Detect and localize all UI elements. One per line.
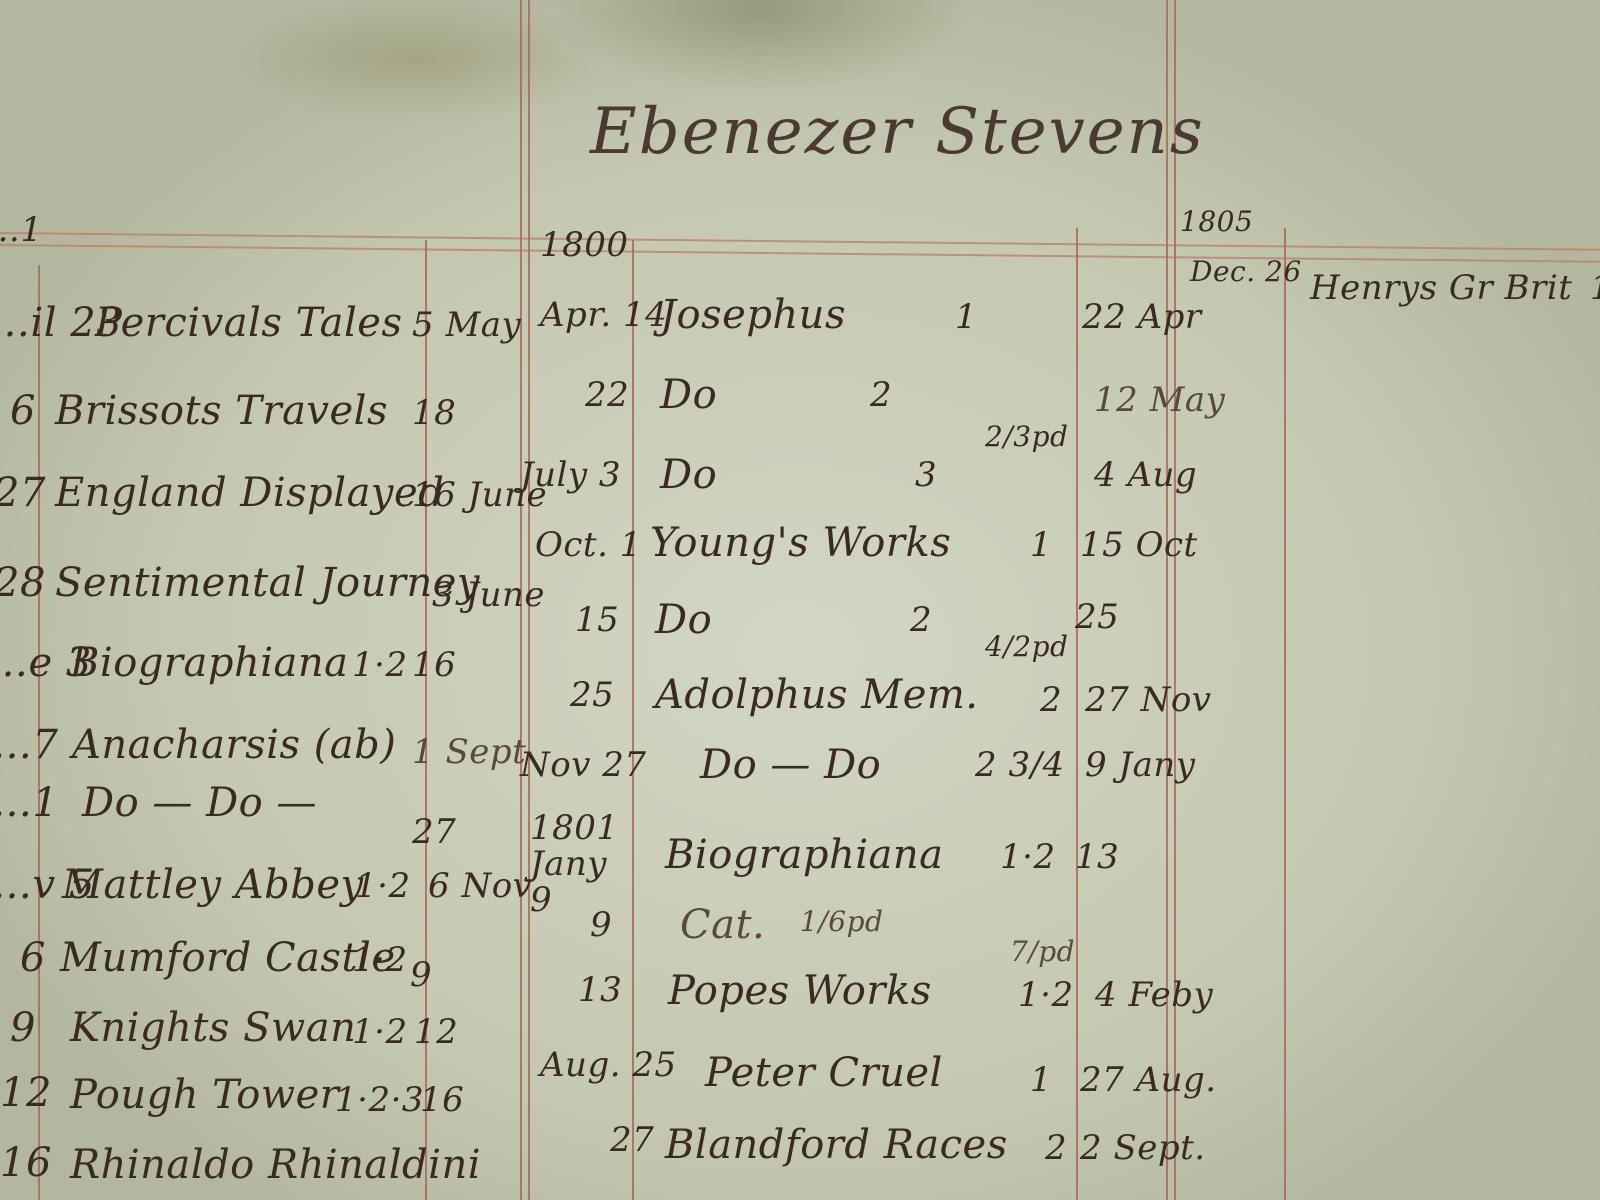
mid-returned: 12 May bbox=[1094, 380, 1225, 420]
mid-date: July 3 bbox=[520, 455, 621, 495]
left-returned: 9 bbox=[410, 955, 432, 995]
mid-note: 1/6pd bbox=[800, 905, 883, 938]
left-year-header: …1 bbox=[0, 210, 43, 250]
left-title: Brissots Travels bbox=[55, 388, 388, 434]
left-volumes: 1·2 bbox=[352, 1012, 408, 1052]
mid-title: Popes Works bbox=[668, 968, 932, 1014]
mid-returned: 27 Nov bbox=[1085, 680, 1212, 720]
mid-date: 13 bbox=[578, 970, 622, 1010]
mid-title: Peter Cruel bbox=[705, 1050, 943, 1096]
left-title: England Displayed bbox=[55, 470, 444, 516]
mid-volumes: 1·2 bbox=[1018, 975, 1074, 1015]
mid-date: 27 bbox=[610, 1120, 654, 1160]
mid-note: 7/pd bbox=[1010, 935, 1075, 968]
mid-title: Blandford Races bbox=[665, 1122, 1008, 1168]
left-title: Sentimental Journey bbox=[55, 560, 480, 606]
left-date: …7 bbox=[0, 722, 58, 768]
left-returned: 12 bbox=[414, 1012, 458, 1052]
mid-date: 1801 Jany 9 bbox=[530, 810, 630, 918]
right-year-header: 1805 bbox=[1180, 205, 1253, 238]
mid-note: 2/3pd bbox=[985, 420, 1068, 453]
left-date: 9 bbox=[10, 1005, 36, 1051]
mid-returned: 9 Jany bbox=[1085, 745, 1195, 785]
left-date: 12 bbox=[0, 1070, 52, 1116]
mid-date: 15 bbox=[575, 600, 619, 640]
mid-title: Do — Do bbox=[700, 742, 881, 788]
mid-returned: 22 Apr bbox=[1082, 297, 1202, 337]
mid-title: Cat. bbox=[680, 902, 765, 948]
left-title: Percivals Tales bbox=[95, 300, 403, 346]
left-returned: 3 June bbox=[432, 575, 545, 615]
right-date: Dec. 26 bbox=[1190, 255, 1302, 288]
left-returned: 18 bbox=[412, 393, 456, 433]
right-title: Henrys Gr Brit bbox=[1310, 268, 1572, 308]
mid-title: Josephus bbox=[660, 292, 846, 338]
right-volumes: 1 bbox=[1590, 268, 1600, 308]
left-title: Knights Swan bbox=[70, 1005, 356, 1051]
mid-date: 22 bbox=[585, 375, 629, 415]
left-title: Anacharsis (ab) bbox=[72, 722, 396, 768]
mid-returned: 2 Sept. bbox=[1080, 1128, 1206, 1168]
left-date: …1 bbox=[0, 780, 58, 826]
left-volumes: 1·2·3 bbox=[335, 1080, 424, 1120]
left-title: Biographiana bbox=[70, 640, 348, 686]
mid-volumes: 2 bbox=[870, 375, 892, 415]
left-returned: 27 bbox=[412, 812, 456, 852]
left-date: 6 bbox=[20, 935, 46, 981]
mid-returned: 13 bbox=[1075, 837, 1119, 877]
left-returned: 16 bbox=[412, 645, 456, 685]
mid-volumes: 1 bbox=[955, 297, 977, 337]
mid-date: Aug. 25 bbox=[540, 1045, 677, 1085]
mid-volumes: 2 3/4 bbox=[975, 745, 1065, 785]
mid-volumes: 3 bbox=[915, 455, 937, 495]
mid-title: Young's Works bbox=[650, 520, 951, 566]
mid-volumes: 2 bbox=[1040, 680, 1062, 720]
rule-right-date bbox=[1284, 228, 1286, 1200]
mid-title: Do bbox=[660, 372, 717, 418]
middle-year-header: 1800 bbox=[540, 225, 629, 265]
left-returned: 1 Sept bbox=[412, 732, 526, 772]
left-title: Rhinaldo Rhinaldini bbox=[70, 1142, 481, 1188]
left-volumes: 1·2 bbox=[355, 866, 411, 906]
left-returned: 5 May bbox=[412, 305, 521, 345]
rule-left-return bbox=[425, 240, 427, 1200]
mid-date: Nov 27 bbox=[520, 745, 647, 785]
left-title: Pough Tower bbox=[70, 1072, 339, 1118]
mid-volumes: 2 bbox=[910, 600, 932, 640]
left-date: 28 bbox=[0, 560, 46, 606]
mid-date: Oct. 1 bbox=[535, 525, 642, 565]
mid-title: Do bbox=[660, 452, 717, 498]
left-title: Mattley Abbey bbox=[62, 862, 364, 908]
borrower-name: Ebenezer Stevens bbox=[590, 95, 1205, 169]
mid-volumes: 2 bbox=[1045, 1128, 1067, 1168]
rule-mid-return bbox=[1076, 228, 1078, 1200]
left-title: Mumford Castle bbox=[60, 935, 396, 981]
mid-volumes: 1 bbox=[1030, 1060, 1052, 1100]
mid-date: 9 bbox=[590, 905, 612, 945]
left-returned: 6 Nov bbox=[428, 866, 532, 906]
mid-returned: 27 Aug. bbox=[1080, 1060, 1217, 1100]
left-date: 27 bbox=[0, 470, 46, 516]
left-volumes: 1·2 bbox=[352, 645, 408, 685]
mid-returned: 15 Oct bbox=[1080, 525, 1198, 565]
ledger-page: Ebenezer Stevens …1 1800 1805 …il 23 Per… bbox=[0, 0, 1600, 1200]
rule-divider-4 bbox=[1174, 0, 1176, 1200]
mid-volumes: 1 bbox=[1030, 525, 1052, 565]
left-returned: 16 bbox=[420, 1080, 464, 1120]
mid-date: 25 bbox=[570, 675, 614, 715]
left-title: Do — Do — bbox=[82, 780, 317, 826]
mid-returned: 25 bbox=[1075, 597, 1119, 637]
left-volumes: 1·2 bbox=[352, 940, 408, 980]
mid-title: Adolphus Mem. bbox=[655, 672, 979, 718]
mid-returned: 4 Aug bbox=[1094, 455, 1197, 495]
mid-note: 4/2pd bbox=[985, 630, 1068, 663]
mid-volumes: 1·2 bbox=[1000, 837, 1056, 877]
mid-returned: 4 Feby bbox=[1095, 975, 1213, 1015]
left-date: 16 bbox=[0, 1140, 52, 1186]
rule-divider-3 bbox=[1166, 0, 1168, 1200]
left-date: 6 bbox=[10, 388, 36, 434]
mid-title: Biographiana bbox=[665, 832, 943, 878]
mid-date: Apr. 14 bbox=[540, 295, 667, 335]
mid-title: Do bbox=[655, 597, 712, 643]
